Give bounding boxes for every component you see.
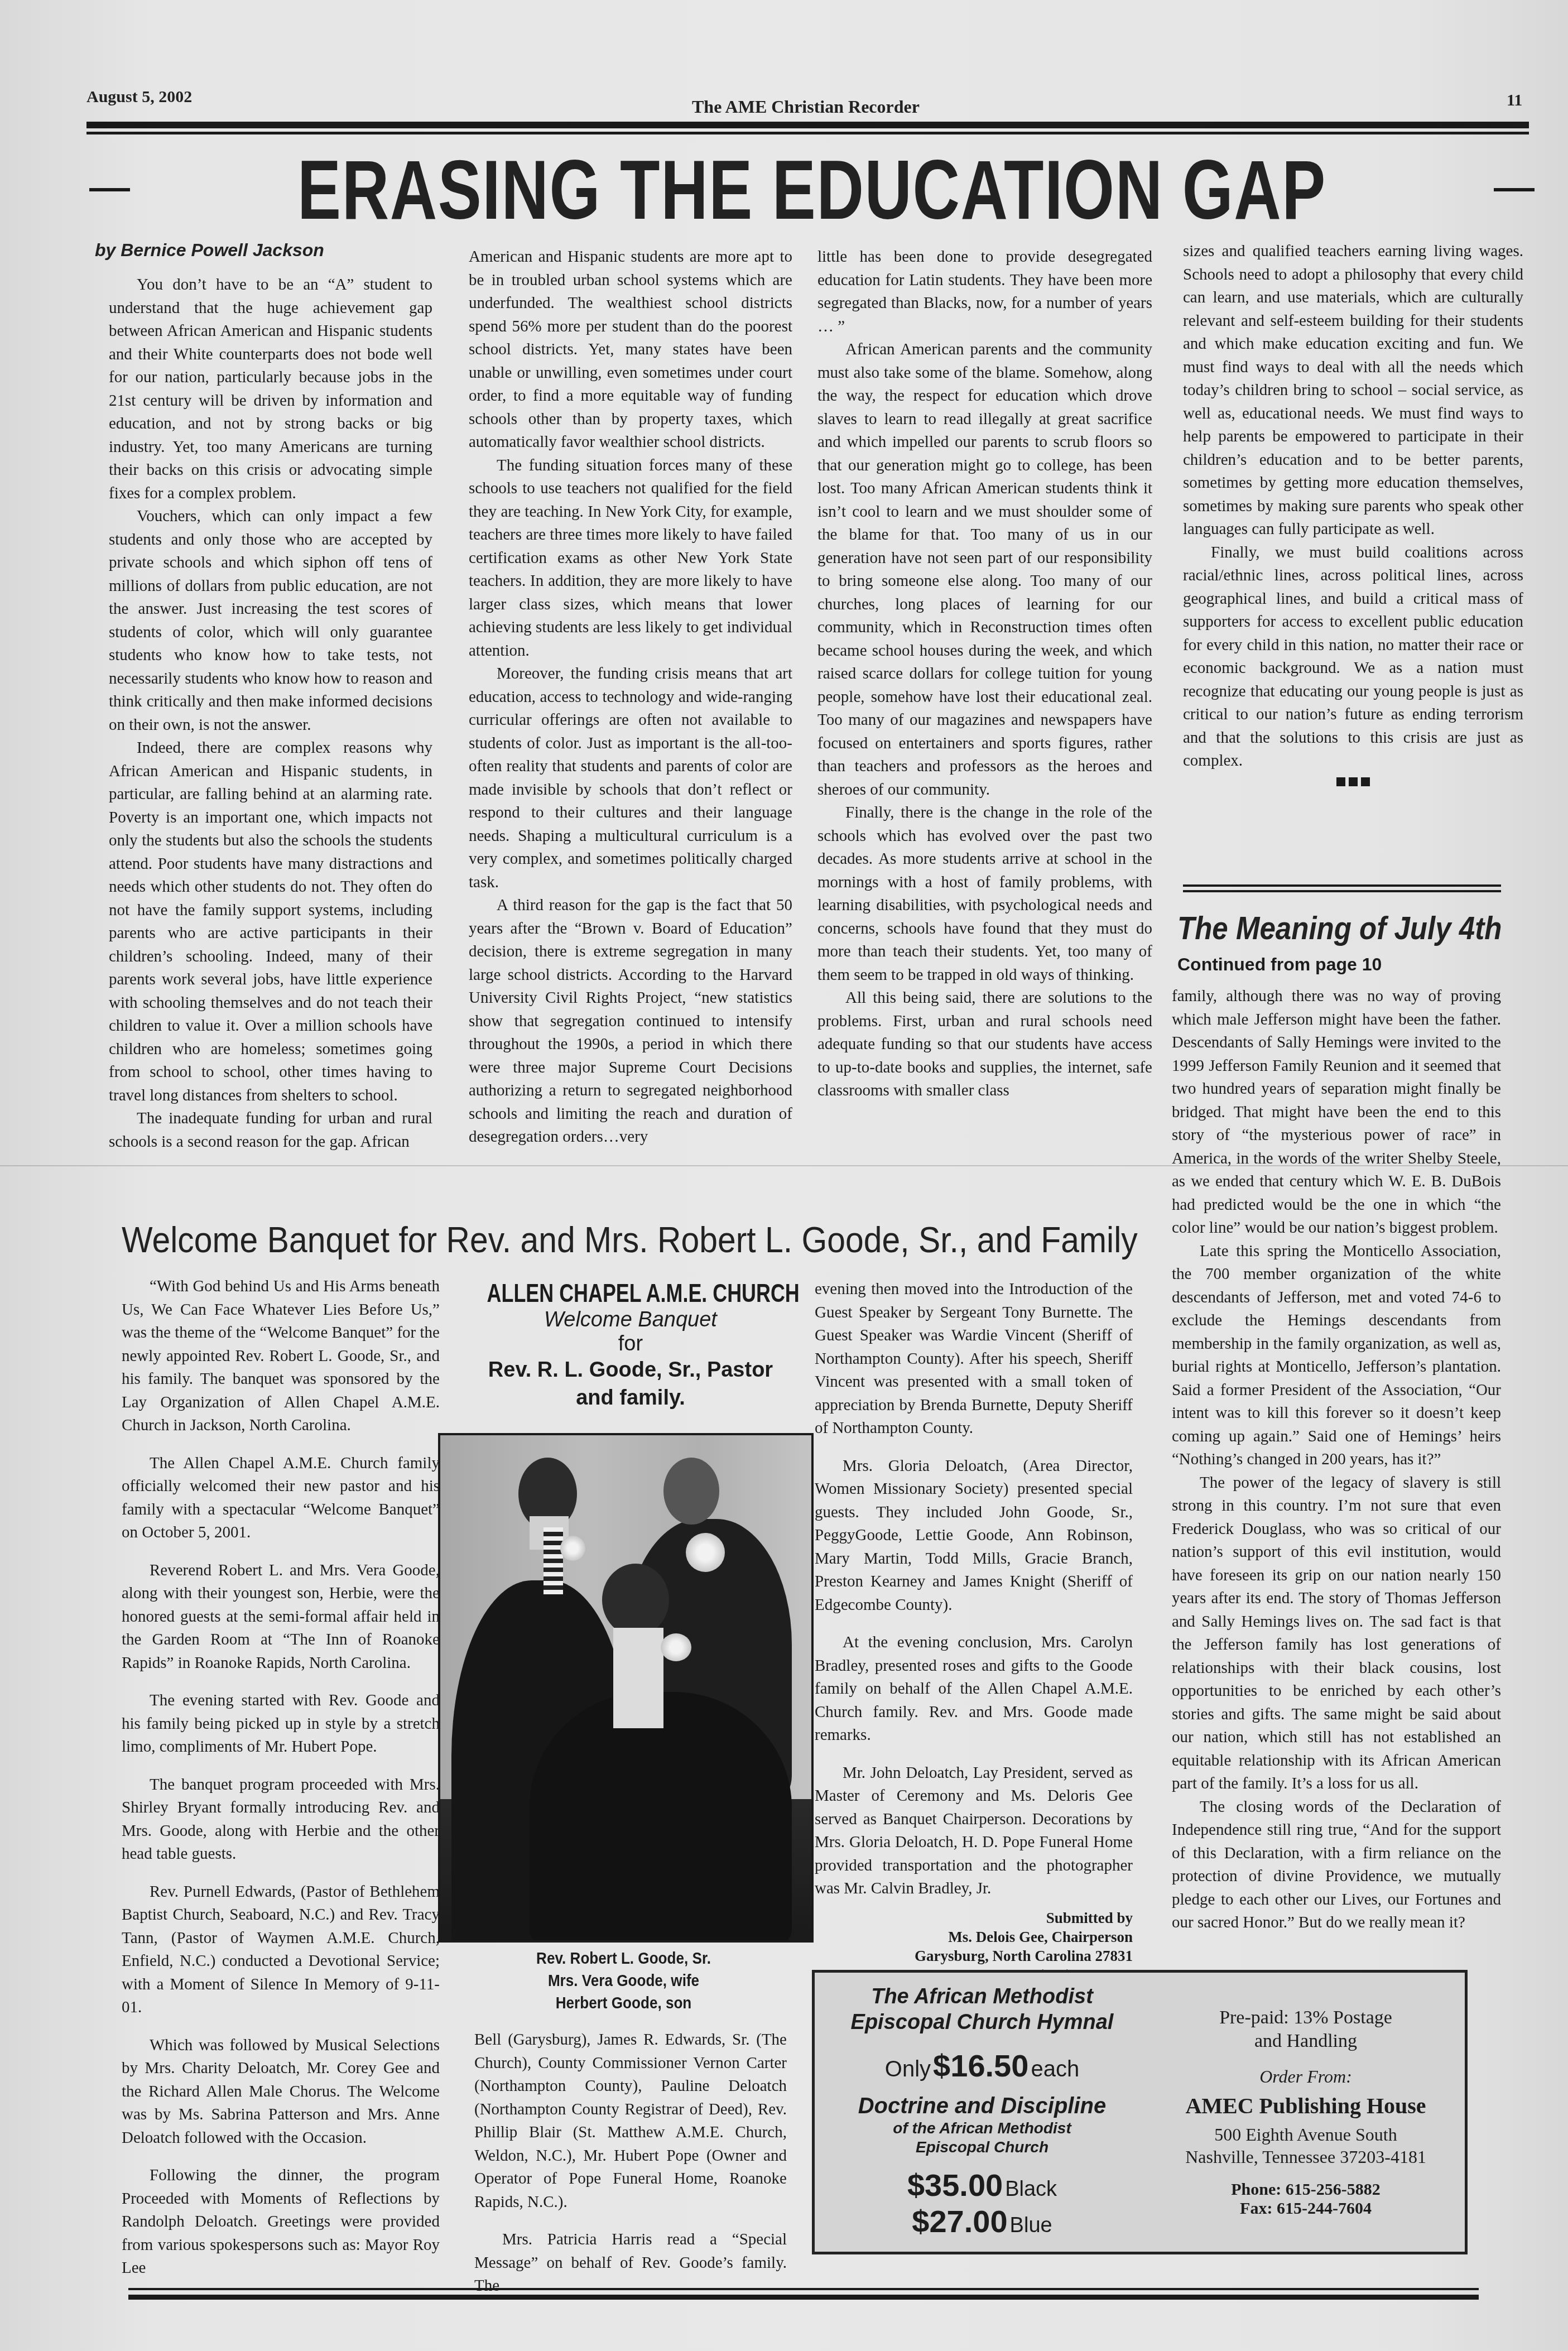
article-column-4: sizes and qualified teachers earning liv… xyxy=(1183,240,1523,786)
ad-right: Pre-paid: 13% Postage and Handling Order… xyxy=(1161,2006,1451,2218)
photo-caption: Rev. Robert L. Goode, Sr. Mrs. Vera Good… xyxy=(456,1948,791,2015)
publishing-ad: The African Methodist Episcopal Church H… xyxy=(812,1970,1468,2254)
section-rule xyxy=(1183,890,1501,892)
family-photo xyxy=(438,1433,814,1943)
paragraph: Reverend Robert L. and Mrs. Vera Goode, … xyxy=(122,1559,440,1675)
article-column-2: American and Hispanic students are more … xyxy=(469,246,792,1149)
ad-phone: Phone: 615-256-5882 xyxy=(1161,2180,1451,2199)
publication-name: The AME Christian Recorder xyxy=(692,97,920,117)
church-banner: ALLEN CHAPEL A.M.E. CHURCH Welcome Banqu… xyxy=(446,1278,815,1412)
newspaper-page: August 5, 2002 The AME Christian Recorde… xyxy=(0,0,1568,2351)
hymnal-title-2: Episcopal Church Hymnal xyxy=(820,2009,1144,2035)
price-blue-line: $27.00 Blue xyxy=(820,2203,1144,2239)
paragraph: The closing words of the Declaration of … xyxy=(1172,1796,1501,1935)
paragraph: sizes and qualified teachers earning liv… xyxy=(1183,240,1523,541)
caption-line: Rev. Robert L. Goode, Sr. xyxy=(456,1948,791,1970)
price-blue: $27.00 xyxy=(912,2204,1007,2239)
paragraph: “With God behind Us and His Arms beneath… xyxy=(122,1275,440,1437)
footer-rule-thick xyxy=(128,2295,1479,2300)
header-rule-thick xyxy=(86,122,1529,128)
ad-fax: Fax: 615-244-7604 xyxy=(1161,2199,1451,2218)
header-rule-thin xyxy=(86,132,1529,134)
price-black-line: $35.00 Black xyxy=(820,2167,1144,2203)
submitted-label: Submitted by xyxy=(815,1908,1133,1927)
paragraph: Bell (Garysburg), James R. Edwards, Sr. … xyxy=(474,2028,787,2214)
ad-left: The African Methodist Episcopal Church H… xyxy=(820,1984,1144,2239)
paragraph: The power of the legacy of slavery is st… xyxy=(1172,1472,1501,1796)
issue-date: August 5, 2002 xyxy=(86,88,192,107)
banner-honoree-2: and family. xyxy=(446,1384,815,1412)
banner-honoree-1: Rev. R. L. Goode, Sr., Pastor xyxy=(446,1356,815,1384)
paragraph: The evening started with Rev. Goode and … xyxy=(122,1689,440,1759)
paragraph: Late this spring the Monticello Associat… xyxy=(1172,1240,1501,1472)
hymnal-title-1: The African Methodist xyxy=(820,1984,1144,2009)
paragraph: African American parents and the communi… xyxy=(817,338,1152,801)
paragraph: Finally, we must build coalitions across… xyxy=(1183,541,1523,773)
banquet-column-1: “With God behind Us and His Arms beneath… xyxy=(122,1275,440,2280)
church-name: ALLEN CHAPEL A.M.E. CHURCH xyxy=(487,1278,775,1308)
paragraph: Mrs. Gloria Deloatch, (Area Director, Wo… xyxy=(815,1455,1133,1617)
publisher-name: AMEC Publishing House xyxy=(1161,2093,1451,2119)
headline-dash-right xyxy=(1494,188,1535,191)
article-column-3: little has been done to provide desegreg… xyxy=(817,246,1152,1103)
byline: by Bernice Powell Jackson xyxy=(95,240,324,261)
footer-rule xyxy=(128,2288,1479,2290)
paragraph: You don’t have to be an “A” student to u… xyxy=(109,273,432,505)
paragraph: little has been done to provide desegreg… xyxy=(817,246,1152,338)
headline: ERASING THE EDUCATION GAP xyxy=(297,148,1326,232)
headline-block: ERASING THE EDUCATION GAP xyxy=(89,142,1535,237)
hymnal-price: $16.50 xyxy=(933,2048,1028,2083)
paragraph: All this being said, there are solutions… xyxy=(817,987,1152,1103)
paragraph: Following the dinner, the program Procee… xyxy=(122,2164,440,2280)
banquet-title: Welcome Banquet for Rev. and Mrs. Robert… xyxy=(122,1219,1138,1261)
caption-line: Herbert Goode, son xyxy=(456,1992,791,2015)
page-number: 11 xyxy=(1507,91,1522,110)
fold-crease xyxy=(0,1165,1568,1166)
paragraph: A third reason for the gap is the fact t… xyxy=(469,894,792,1149)
paragraph: The funding situation forces many of the… xyxy=(469,454,792,663)
paragraph: Mr. John Deloatch, Lay President, served… xyxy=(815,1762,1133,1901)
doctrine-title: Doctrine and Discipline xyxy=(820,2094,1144,2119)
paragraph: Mrs. Patricia Harris read a “Special Mes… xyxy=(474,2228,787,2298)
caption-line: Mrs. Vera Goode, wife xyxy=(456,1970,791,1992)
headline-dash-left xyxy=(89,188,130,191)
paragraph: Finally, there is the change in the role… xyxy=(817,801,1152,987)
section-rule xyxy=(1183,884,1501,887)
paragraph: The Allen Chapel A.M.E. Church family of… xyxy=(122,1452,440,1545)
submitter-address: Garysburg, North Carolina 27831 xyxy=(815,1946,1133,1965)
july4-body: family, although there was no way of pro… xyxy=(1172,985,1501,1935)
paragraph: American and Hispanic students are more … xyxy=(469,246,792,454)
banquet-column-2: Bell (Garysburg), James R. Edwards, Sr. … xyxy=(474,2028,787,2298)
paragraph: Rev. Purnell Edwards, (Pastor of Bethleh… xyxy=(122,1881,440,2020)
paragraph: Vouchers, which can only impact a few st… xyxy=(109,505,432,737)
submitter-name: Ms. Delois Gee, Chairperson xyxy=(815,1927,1133,1946)
banner-for: for xyxy=(446,1332,815,1356)
paragraph: Indeed, there are complex reasons why Af… xyxy=(109,737,432,1107)
hymnal-price-line: Only $16.50 each xyxy=(820,2047,1144,2084)
paragraph: evening then moved into the Introduction… xyxy=(815,1278,1133,1440)
paragraph: At the evening conclusion, Mrs. Carolyn … xyxy=(815,1631,1133,1747)
article-column-1: You don’t have to be an “A” student to u… xyxy=(109,273,432,1153)
pastor-figure xyxy=(530,1692,792,1943)
price-black: $35.00 xyxy=(907,2167,1003,2203)
paragraph: The inadequate funding for urban and rur… xyxy=(109,1107,432,1153)
paragraph: Which was followed by Musical Selections… xyxy=(122,2034,440,2150)
july4-title: The Meaning of July 4th xyxy=(1177,910,1502,947)
end-mark xyxy=(1183,777,1523,786)
paragraph: The banquet program proceeded with Mrs. … xyxy=(122,1773,440,1866)
paragraph: Moreover, the funding crisis means that … xyxy=(469,662,792,894)
banquet-column-3: evening then moved into the Introduction… xyxy=(815,1278,1133,1984)
continued-from: Continued from page 10 xyxy=(1177,954,1382,975)
paragraph: family, although there was no way of pro… xyxy=(1172,985,1501,1240)
banner-event: Welcome Banquet xyxy=(446,1308,815,1332)
